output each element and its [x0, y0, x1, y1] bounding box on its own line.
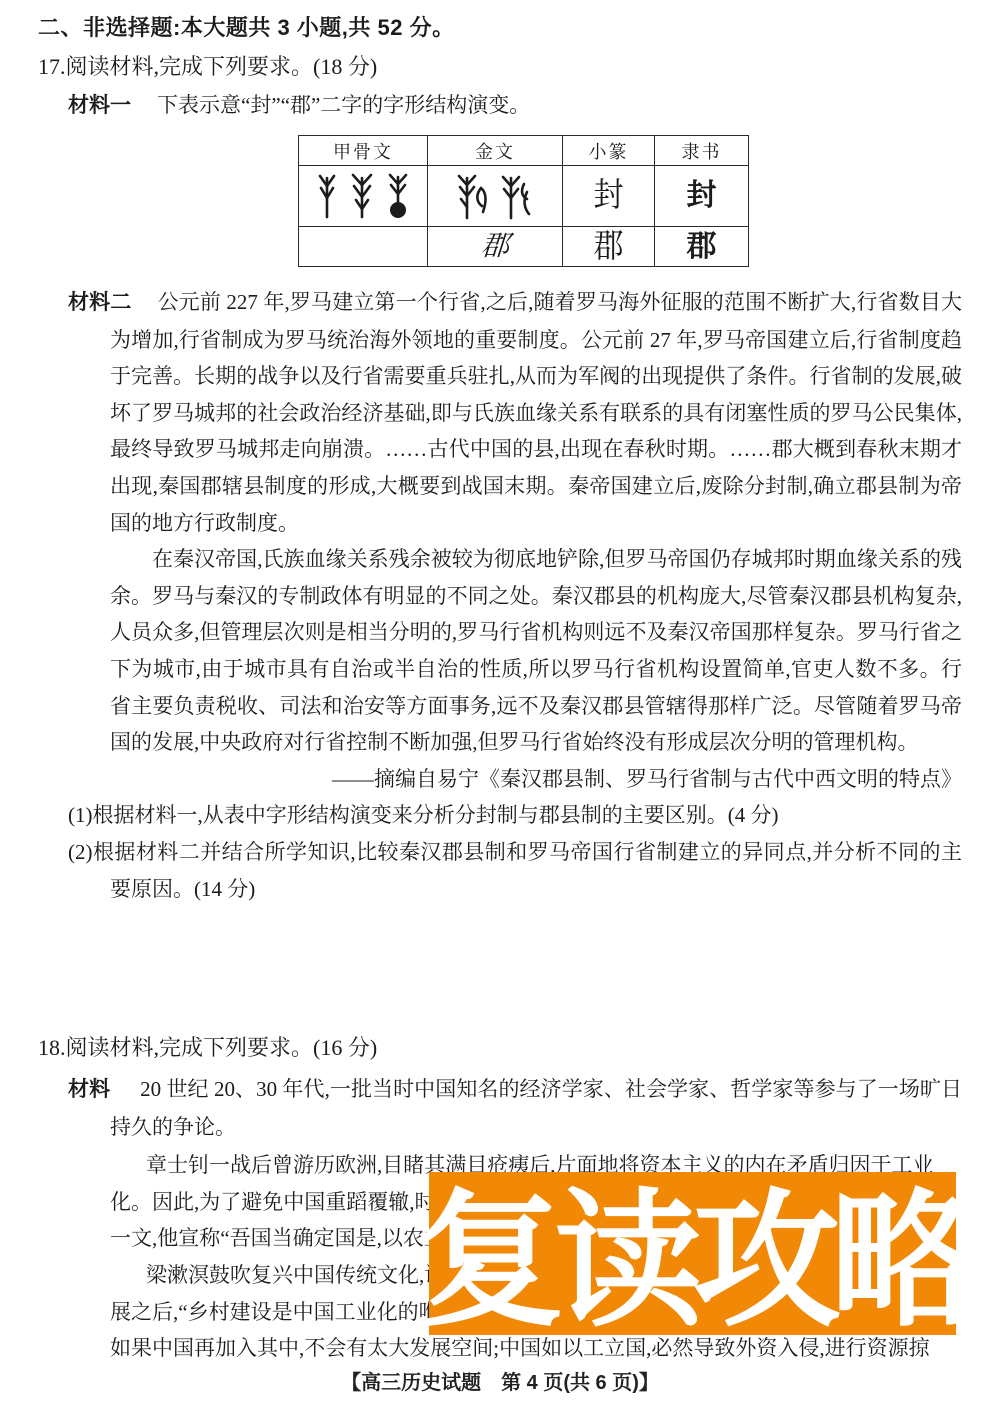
cell-jun-bronze: 郡: [428, 227, 563, 267]
material-18-label: 材料: [68, 1078, 110, 1101]
material-1-intro: 下表示意“封”“郡”二字的字形结构演变。: [157, 93, 530, 117]
header-oracle-bone-script: 甲骨文: [299, 136, 428, 166]
cell-feng-oracle: [299, 166, 428, 227]
material-1-line: 材料一下表示意“封”“郡”二字的字形结构演变。: [68, 89, 1000, 122]
header-clerical-script: 隶书: [655, 136, 749, 166]
seal-feng-glyph: 封: [594, 179, 624, 213]
cell-feng-seal: 封: [563, 166, 655, 227]
cell-feng-bronze: [428, 166, 563, 227]
character-evolution-table: 甲骨文 金文 小篆 隶书: [298, 135, 749, 267]
cell-feng-clerical: 封: [655, 166, 749, 227]
material-2-text-1: 公元前 227 年,罗马建立第一个行省,之后,随着罗马海外征服的范围不断扩大,行…: [110, 290, 962, 535]
question-17-part-1: (1)根据材料一,从表中字形结构演变来分析分封制与郡县制的主要区别。(4 分): [68, 797, 962, 834]
cell-jun-seal: 郡: [563, 227, 655, 267]
table-row-jun: 郡 郡 郡: [299, 227, 749, 267]
material-2-attribution: ——摘编自易宁《秦汉郡县制、罗马行省制与古代中西文明的特点》: [110, 761, 962, 798]
oracle-feng-plant-glyph-1-icon: [315, 173, 339, 219]
bronze-feng-glyph-1-icon: [456, 172, 490, 220]
material-2-paragraph-1: 材料二公元前 227 年,罗马建立第一个行省,之后,随着罗马海外征服的范围不断扩…: [110, 284, 962, 541]
cell-jun-oracle-empty: [299, 227, 428, 267]
material-1-label: 材料一: [68, 94, 131, 117]
page-footer: 【高三历史试题 第 4 页(共 6 页)】: [0, 1366, 1000, 1395]
clerical-feng-glyph: 封: [687, 181, 717, 211]
material-2-paragraph-2: 在秦汉帝国,氏族血缘关系残余被较为彻底地铲除,但罗马帝国仍存城邦时期血缘关系的残…: [110, 541, 962, 761]
header-small-seal-script: 小篆: [563, 136, 655, 166]
bronze-feng-glyph-2-icon: [500, 172, 534, 220]
header-bronze-script: 金文: [428, 136, 563, 166]
oracle-feng-plant-glyph-3-icon: [385, 173, 411, 219]
exam-page: 二、非选择题:本大题共 3 小题,共 52 分。 17.阅读材料,完成下列要求。…: [0, 0, 1000, 1407]
watermark-text: 复读攻略: [417, 1188, 969, 1336]
question-17-part-2: (2)根据材料二并结合所学知识,比较秦汉郡县制和罗马帝国行省制建立的异同点,并分…: [68, 834, 962, 907]
table-header-row: 甲骨文 金文 小篆 隶书: [299, 136, 749, 166]
question-18-title: 18.阅读材料,完成下列要求。(16 分): [38, 1032, 1000, 1064]
fudu-gonglue-watermark: 复读攻略: [429, 1172, 956, 1335]
clerical-jun-glyph: 郡: [687, 232, 717, 262]
material-18-intro-text: 20 世纪 20、30 年代,一批当时中国知名的经济学家、社会学家、哲学家等参与…: [110, 1077, 962, 1139]
material-2-label: 材料二: [68, 291, 132, 314]
table-row-feng: 封 封: [299, 166, 749, 227]
oracle-feng-plant-glyph-2-icon: [349, 173, 375, 219]
blank-gap: [0, 907, 1000, 1025]
cell-jun-clerical: 郡: [655, 227, 749, 267]
question-17-title: 17.阅读材料,完成下列要求。(18 分): [38, 51, 1000, 83]
seal-jun-glyph: 郡: [594, 230, 624, 264]
section-header: 二、非选择题:本大题共 3 小题,共 52 分。: [38, 12, 1000, 44]
bronze-jun-glyph: 郡: [480, 233, 510, 261]
material-18-intro: 材料20 世纪 20、30 年代,一批当时中国知名的经济学家、社会学家、哲学家等…: [110, 1071, 962, 1145]
